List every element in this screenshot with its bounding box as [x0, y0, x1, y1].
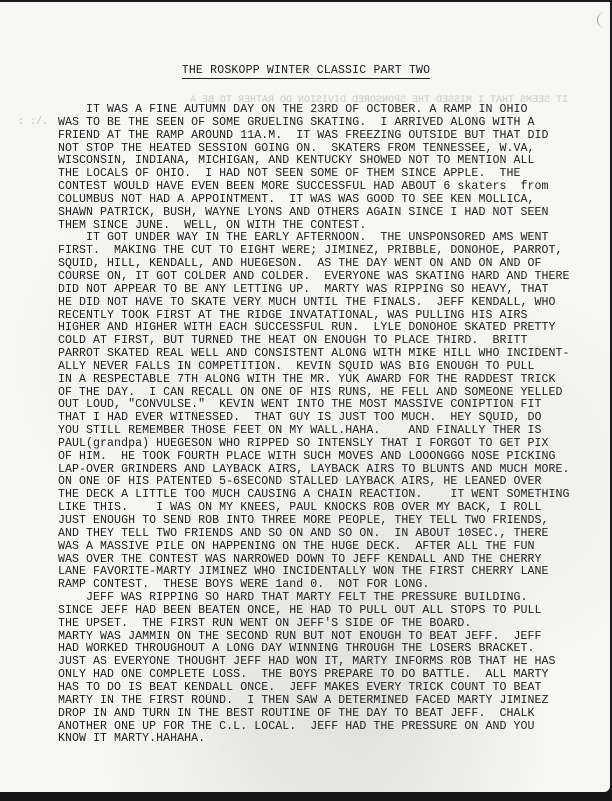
text-line: HAS TO DO IS BEAT KENDALL ONCE. JEFF MAK…: [58, 682, 598, 695]
text-line: WAS A MASSIVE PILE ON HAPPENING ON THE H…: [58, 541, 598, 554]
text-line: PAUL(grandpa) HUEGESON WHO RIPPED SO INT…: [58, 438, 598, 451]
margin-smudge: : :/.: [18, 117, 48, 128]
text-line: IN A RESPECTABLE 7TH ALONG WITH THE MR. …: [58, 374, 598, 387]
text-line: MARTY IN THE FIRST ROUND. I THEN SAW A D…: [58, 695, 598, 708]
text-line: YOU STILL REMEMBER THOSE FEET ON MY WALL…: [58, 425, 598, 438]
typewritten-page: IT SEEMS THAT I MISSED THE SPONSORED DIV…: [0, 2, 610, 792]
text-line: ALLY NEVER FALLS IN COMPETITION. KEVIN S…: [58, 361, 598, 374]
text-line: JEFF WAS RIPPING SO HARD THAT MARTY FELT…: [58, 592, 598, 605]
text-line: COURSE ON, IT GOT COLDER AND COLDER. EVE…: [58, 271, 598, 284]
text-line: PARROT SKATED REAL WELL AND CONSISTENT A…: [58, 348, 598, 361]
text-line: WAS TO BE THE SEEN OF SOME GRUELING SKAT…: [58, 117, 598, 130]
text-line: THE UPSET. THE FIRST RUN WENT ON JEFF'S …: [58, 618, 598, 631]
text-line: AND THEY TELL TWO FRIENDS AND SO ON AND …: [58, 528, 598, 541]
text-line: IT WAS A FINE AUTUMN DAY ON THE 23RD OF …: [58, 104, 598, 117]
text-line: DROP IN AND TURN IN THE BEST ROUTINE OF …: [58, 708, 598, 721]
page-corner-curl: [597, 12, 608, 28]
text-line: OF HIM. HE TOOK FOURTH PLACE WITH SUCH M…: [58, 451, 598, 464]
text-line: CONTEST WOULD HAVE EVEN BEEN MORE SUCCES…: [58, 181, 598, 194]
text-line: HE DID NOT HAVE TO SKATE VERY MUCH UNTIL…: [58, 297, 598, 310]
scan-background-edge: [0, 792, 612, 801]
text-line: SHAWN PATRICK, BUSH, WAYNE LYONS AND OTH…: [58, 207, 598, 220]
text-line: FRIEND AT THE RAMP AROUND 11A.M. IT WAS …: [58, 130, 598, 143]
text-line: DID NOT APPEAR TO BE ANY LETTING UP. MAR…: [58, 284, 598, 297]
text-line: COLUMBUS NOT HAD A APPOINTMENT. IT WAS W…: [58, 194, 598, 207]
text-line: KNOW IT MARTY.HAHAHA.: [58, 733, 598, 746]
text-line: JUST ENOUGH TO SEND ROB INTO THREE MORE …: [58, 515, 598, 528]
document-title: THE ROSKOPP WINTER CLASSIC PART TWO: [0, 64, 612, 77]
text-line: SINCE JEFF HAD BEEN BEATEN ONCE, HE HAD …: [58, 605, 598, 618]
document-title-text: THE ROSKOPP WINTER CLASSIC PART TWO: [182, 64, 431, 79]
article-body: IT WAS A FINE AUTUMN DAY ON THE 23RD OF …: [58, 104, 598, 746]
